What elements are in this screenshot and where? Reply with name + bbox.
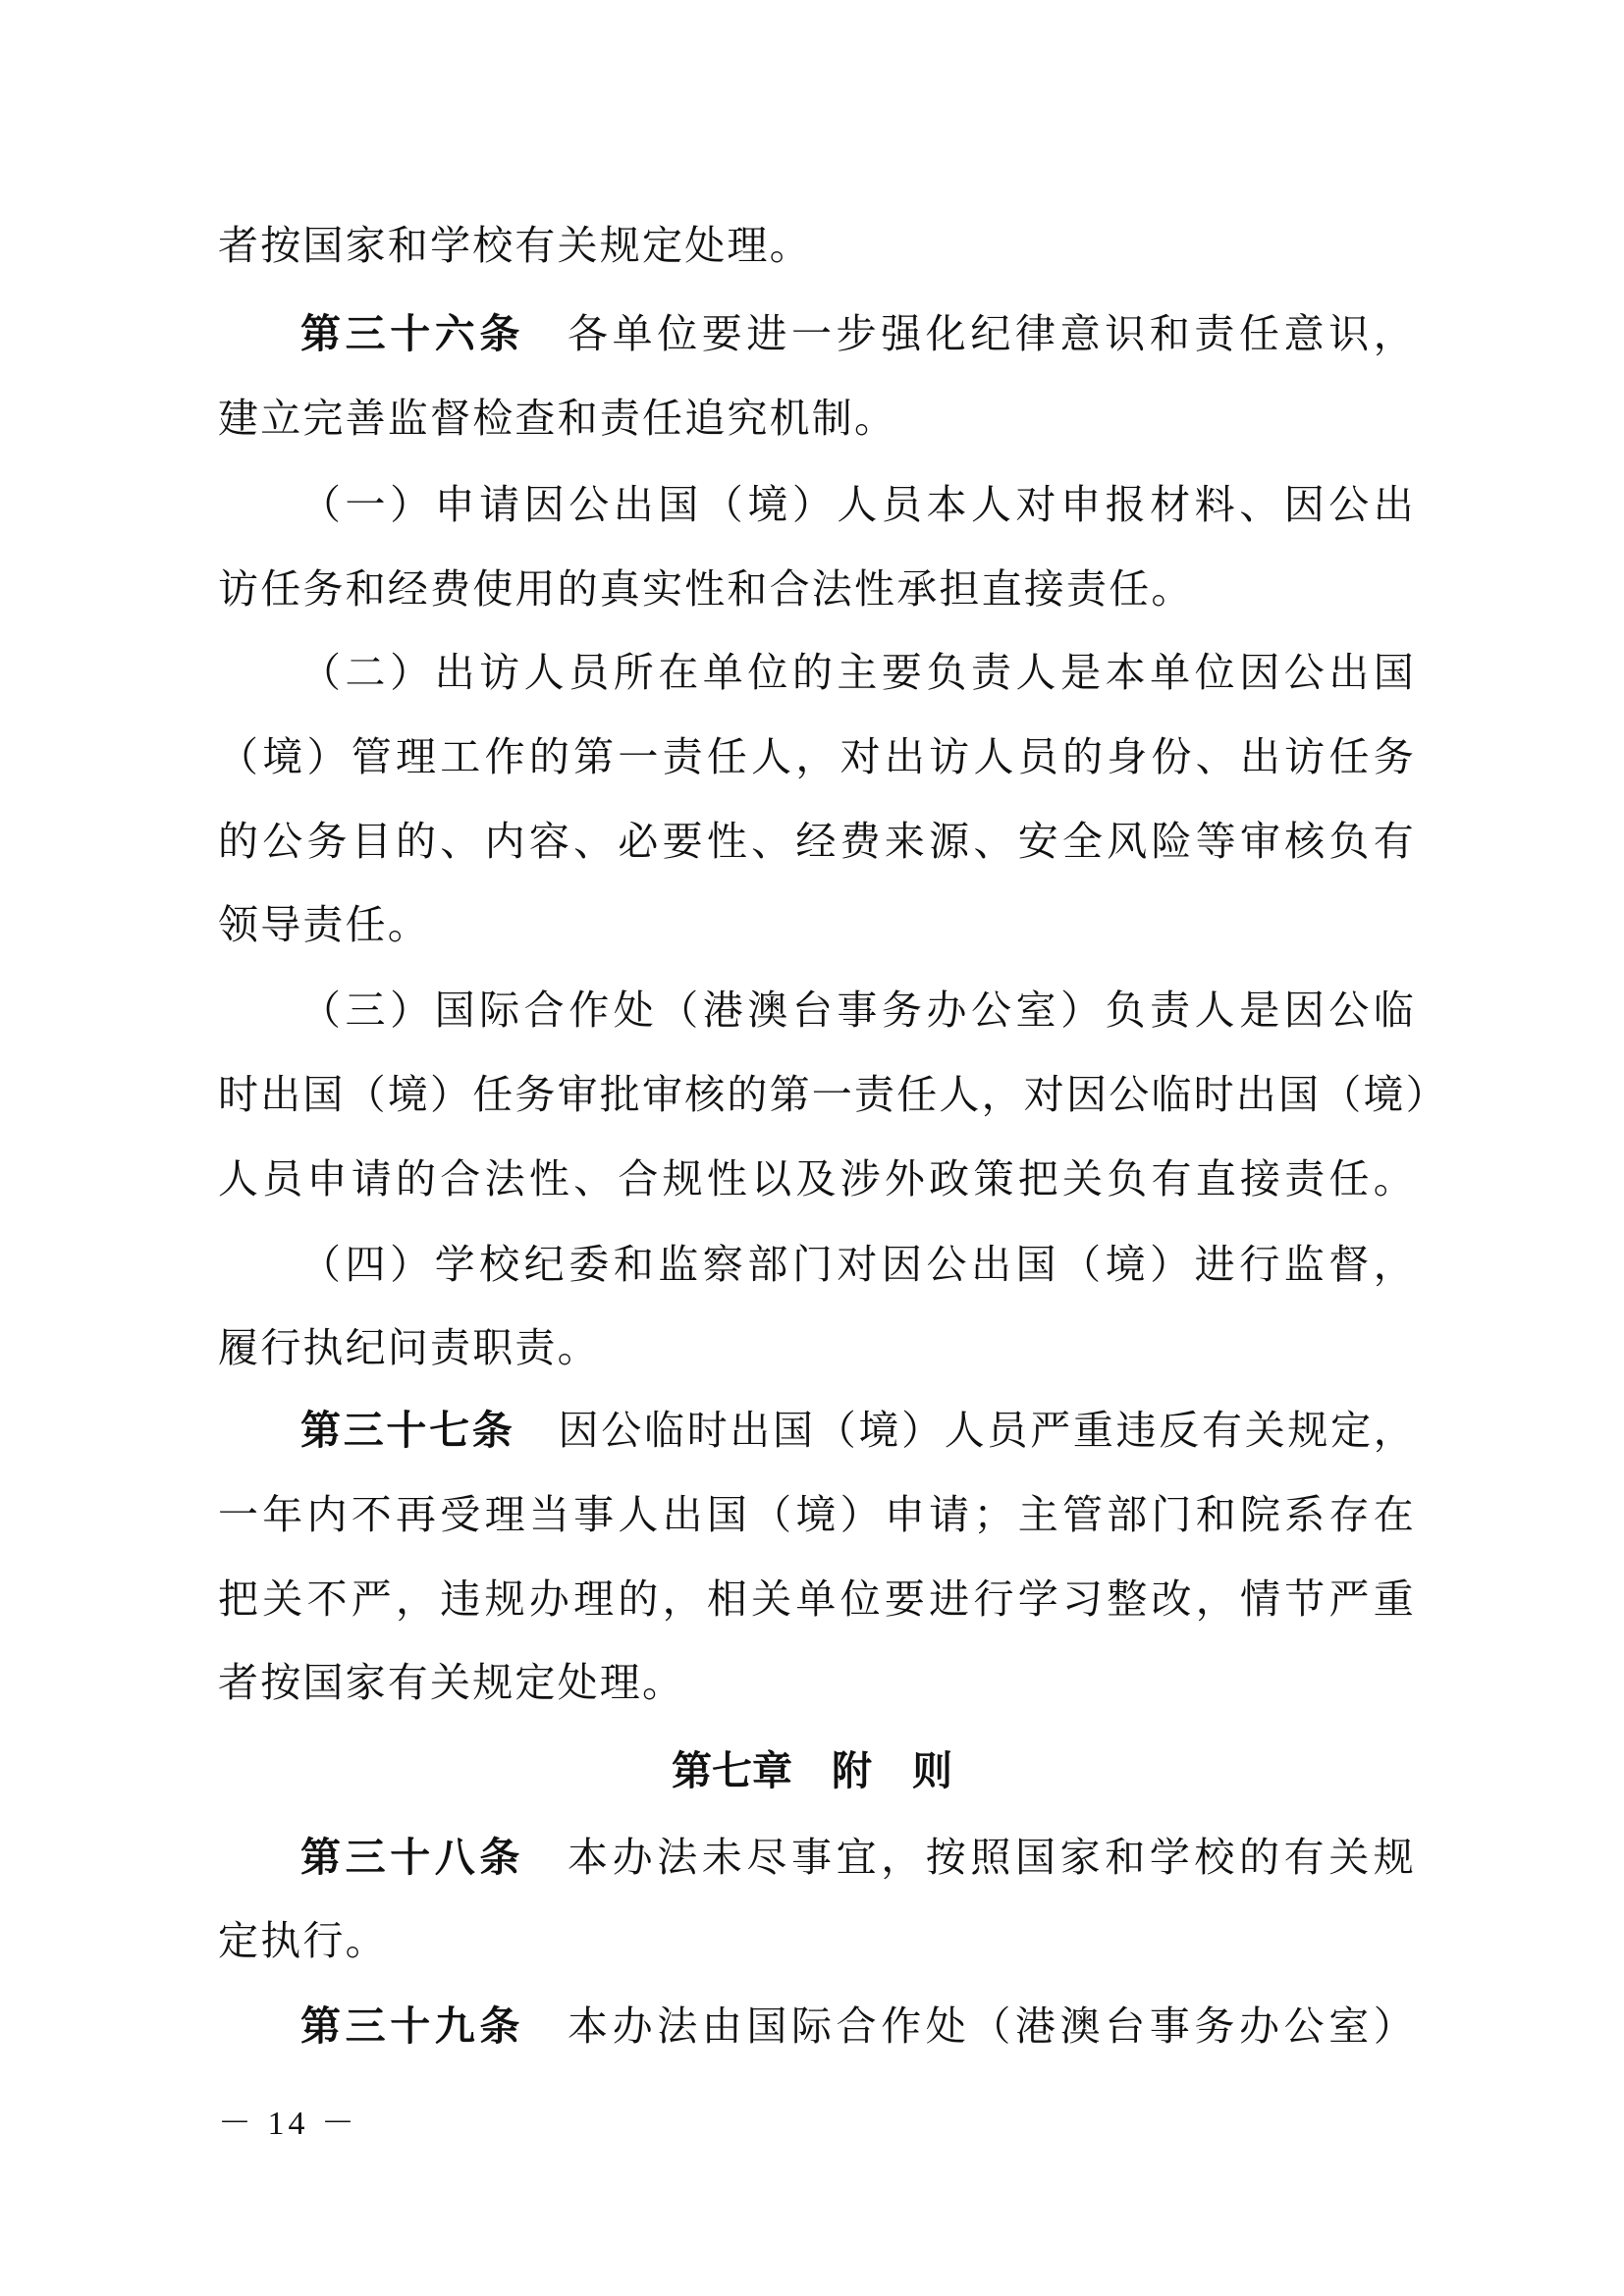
item-3-line-2: 时出国（境）任务审批审核的第一责任人，对因公临时出国（境） — [218, 1070, 1416, 1119]
item-4-line-2: 履行执纪问责职责。 — [218, 1323, 1416, 1372]
article-38-line-2: 定执行。 — [218, 1916, 1416, 1965]
document-page: 者按国家和学校有关规定处理。 第三十六条各单位要进一步强化纪律意识和责任意识， … — [0, 0, 1624, 2296]
item-2-line-3: 的公务目的、内容、必要性、经费来源、安全风险等审核负有 — [218, 817, 1416, 866]
article-37-line-2: 一年内不再受理当事人出国（境）申请；主管部门和院系存在 — [218, 1490, 1416, 1539]
article-39-number: 第三十九条 — [300, 2002, 524, 2050]
chapter-heading: 第七章附 则 — [0, 1746, 1624, 1795]
item-1-line-1: （一）申请因公出国（境）人员本人对申报材料、因公出 — [300, 480, 1416, 529]
item-1-line-2: 访任务和经费使用的真实性和合法性承担直接责任。 — [218, 564, 1416, 614]
item-3-line-1: （三）国际合作处（港澳台事务办公室）负责人是因公临 — [300, 986, 1416, 1035]
article-37-line-4: 者按国家有关规定处理。 — [218, 1658, 1416, 1707]
article-36-number: 第三十六条 — [300, 310, 524, 357]
chapter-number: 第七章 — [672, 1747, 792, 1794]
article-38-number: 第三十八条 — [300, 1834, 524, 1881]
article-36-line-2: 建立完善监督检查和责任追究机制。 — [218, 394, 1416, 443]
article-36-line-1: 第三十六条各单位要进一步强化纪律意识和责任意识， — [300, 309, 1416, 358]
article-37-line-3: 把关不严，违规办理的，相关单位要进行学习整改，情节严重 — [218, 1575, 1416, 1624]
text-line: 者按国家和学校有关规定处理。 — [218, 221, 1416, 270]
page-number: － 14 － — [218, 2105, 358, 2144]
item-2-line-2: （境）管理工作的第一责任人，对出访人员的身份、出访任务 — [218, 732, 1416, 781]
article-39-line-1: 第三十九条本办法由国际合作处（港澳台事务办公室） — [300, 2002, 1416, 2051]
article-38-line-1: 第三十八条本办法未尽事宜，按照国家和学校的有关规 — [300, 1833, 1416, 1882]
article-38-text: 本办法未尽事宜，按照国家和学校的有关规 — [568, 1834, 1416, 1881]
item-3-line-3: 人员申请的合法性、合规性以及涉外政策把关负有直接责任。 — [218, 1154, 1416, 1203]
chapter-title: 附 则 — [832, 1747, 952, 1794]
article-37-line-1: 第三十七条因公临时出国（境）人员严重违反有关规定， — [300, 1406, 1416, 1455]
article-39-text: 本办法由国际合作处（港澳台事务办公室） — [568, 2002, 1416, 2050]
item-2-line-4: 领导责任。 — [218, 900, 1416, 949]
item-2-line-1: （二）出访人员所在单位的主要负责人是本单位因公出国 — [300, 648, 1416, 697]
article-37-text: 因公临时出国（境）人员严重违反有关规定， — [559, 1407, 1417, 1454]
article-36-text: 各单位要进一步强化纪律意识和责任意识， — [568, 310, 1416, 357]
item-4-line-1: （四）学校纪委和监察部门对因公出国（境）进行监督， — [300, 1240, 1416, 1289]
article-37-number: 第三十七条 — [300, 1407, 515, 1454]
